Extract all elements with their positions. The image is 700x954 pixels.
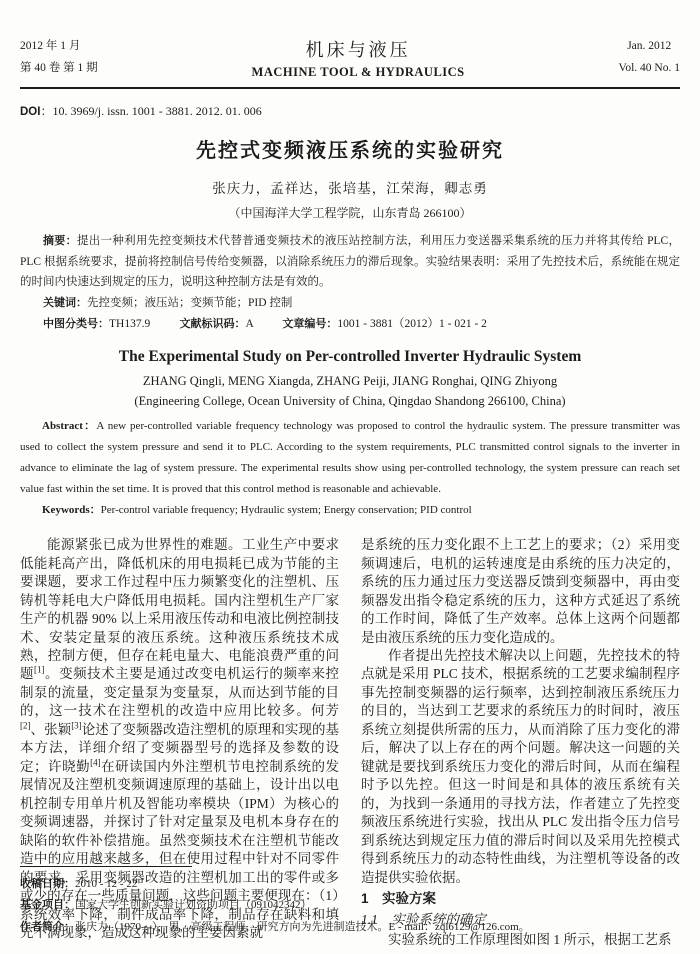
journal-header: 2012 年 1 月 第 40 卷 第 1 期 机床与液压 MACHINE TO…	[20, 36, 680, 80]
journal-page: 2012 年 1 月 第 40 卷 第 1 期 机床与液压 MACHINE TO…	[0, 0, 700, 954]
classification-line: 中图分类号：TH137.9 文献标识码：A 文章编号：1001 - 3881（2…	[20, 314, 680, 335]
header-rule	[20, 87, 680, 89]
issue-date-en: Jan. 2012	[619, 36, 680, 58]
keywords-cn-label: 关键词：	[43, 297, 87, 309]
received-date-note: 收稿日期：2010 - 12 - 22	[20, 874, 680, 895]
journal-title-cn: 机床与液压	[252, 36, 465, 62]
article-title-en: The Experimental Study on Per-controlled…	[20, 348, 680, 366]
keywords-en-label: Keywords：	[42, 504, 101, 516]
abstract-en-label: Abstract：	[42, 420, 96, 432]
abstract-cn: 摘要：提出一种利用先控变频技术代替普通变频技术的液压站控制方法，利用压力变送器采…	[20, 231, 680, 293]
abstract-en: Abstract：A new per-controlled variable f…	[20, 416, 680, 500]
clc-value: TH137.9	[109, 318, 150, 330]
abstract-cn-label: 摘要：	[43, 235, 77, 247]
keywords-cn-text: 先控变频；液压站；变频节能；PID 控制	[87, 297, 292, 309]
doc-code-value: A	[245, 318, 253, 330]
author-bio-label: 作者简介：	[20, 921, 75, 933]
issue-number-cn: 第 40 卷 第 1 期	[20, 58, 98, 80]
author-bio-note: 作者简介：张庆力（1970—），男，高级工程师，研究方向为先进制造技术。E - …	[20, 917, 680, 938]
approach-paragraph: 作者提出先控技术解决以上问题，先控技术的特点就是采用 PLC 技术，根据系统的工…	[361, 647, 680, 887]
issue-number-en: Vol. 40 No. 1	[619, 58, 680, 80]
affiliation-cn: （中国海洋大学工程学院，山东青岛 266100）	[20, 204, 680, 221]
doi-value: ：10. 3969/j. issn. 1001 - 3881. 2012. 01…	[40, 104, 261, 118]
abstract-cn-text: 提出一种利用先控变频技术代替普通变频技术的液压站控制方法，利用压力变送器采集系统…	[20, 235, 680, 288]
article-title-cn: 先控式变频液压系统的实验研究	[20, 134, 680, 163]
footnote-rule	[20, 866, 192, 867]
journal-title-en: MACHINE TOOL & HYDRAULICS	[252, 65, 465, 80]
authors-cn: 张庆力，孟祥达，张培基，江荣海，卿志勇	[20, 177, 680, 197]
intro-paragraph-continued: 是系统的压力变化跟不上工艺上的要求；（2）采用变频调速后，电机的运转速度是由系统…	[361, 536, 680, 647]
affiliation-en: (Engineering College, Ocean University o…	[20, 394, 680, 409]
footnote-block: 收稿日期：2010 - 12 - 22 基金项目：国家大学生创新实验计划资助项目…	[20, 866, 680, 938]
keywords-en: Keywords：Per-control variable frequency;…	[20, 500, 680, 521]
authors-en: ZHANG Qingli, MENG Xiangda, ZHANG Peiji,…	[20, 374, 680, 389]
keywords-en-text: Per-control variable frequency; Hydrauli…	[101, 504, 472, 516]
fund-project-label: 基金项目：	[20, 899, 75, 911]
doi-line: DOI：10. 3969/j. issn. 1001 - 3881. 2012.…	[20, 102, 680, 119]
clc-label: 中图分类号：	[43, 318, 109, 330]
received-date-value: 2010 - 12 - 22	[75, 878, 137, 890]
header-issue-info-en: Jan. 2012 Vol. 40 No. 1	[619, 36, 680, 80]
fund-project-value: 国家大学生创新实验计划资助项目（091042342）	[75, 899, 312, 911]
article-no-value: 1001 - 3881（2012）1 - 021 - 2	[337, 318, 487, 330]
received-date-label: 收稿日期：	[20, 878, 75, 890]
doc-code-label: 文献标识码：	[179, 318, 245, 330]
journal-masthead: 机床与液压 MACHINE TOOL & HYDRAULICS	[252, 36, 465, 80]
keywords-cn: 关键词：先控变频；液压站；变频节能；PID 控制	[20, 293, 680, 314]
header-issue-info-cn: 2012 年 1 月 第 40 卷 第 1 期	[20, 36, 98, 80]
author-bio-value: 张庆力（1970—），男，高级工程师，研究方向为先进制造技术。E - mail：…	[75, 921, 530, 933]
article-no-label: 文章编号：	[282, 318, 337, 330]
doi-label: DOI	[20, 106, 40, 118]
issue-date-cn: 2012 年 1 月	[20, 36, 98, 58]
fund-project-note: 基金项目：国家大学生创新实验计划资助项目（091042342）	[20, 895, 680, 916]
abstract-en-text: A new per-controlled variable frequency …	[20, 420, 680, 495]
